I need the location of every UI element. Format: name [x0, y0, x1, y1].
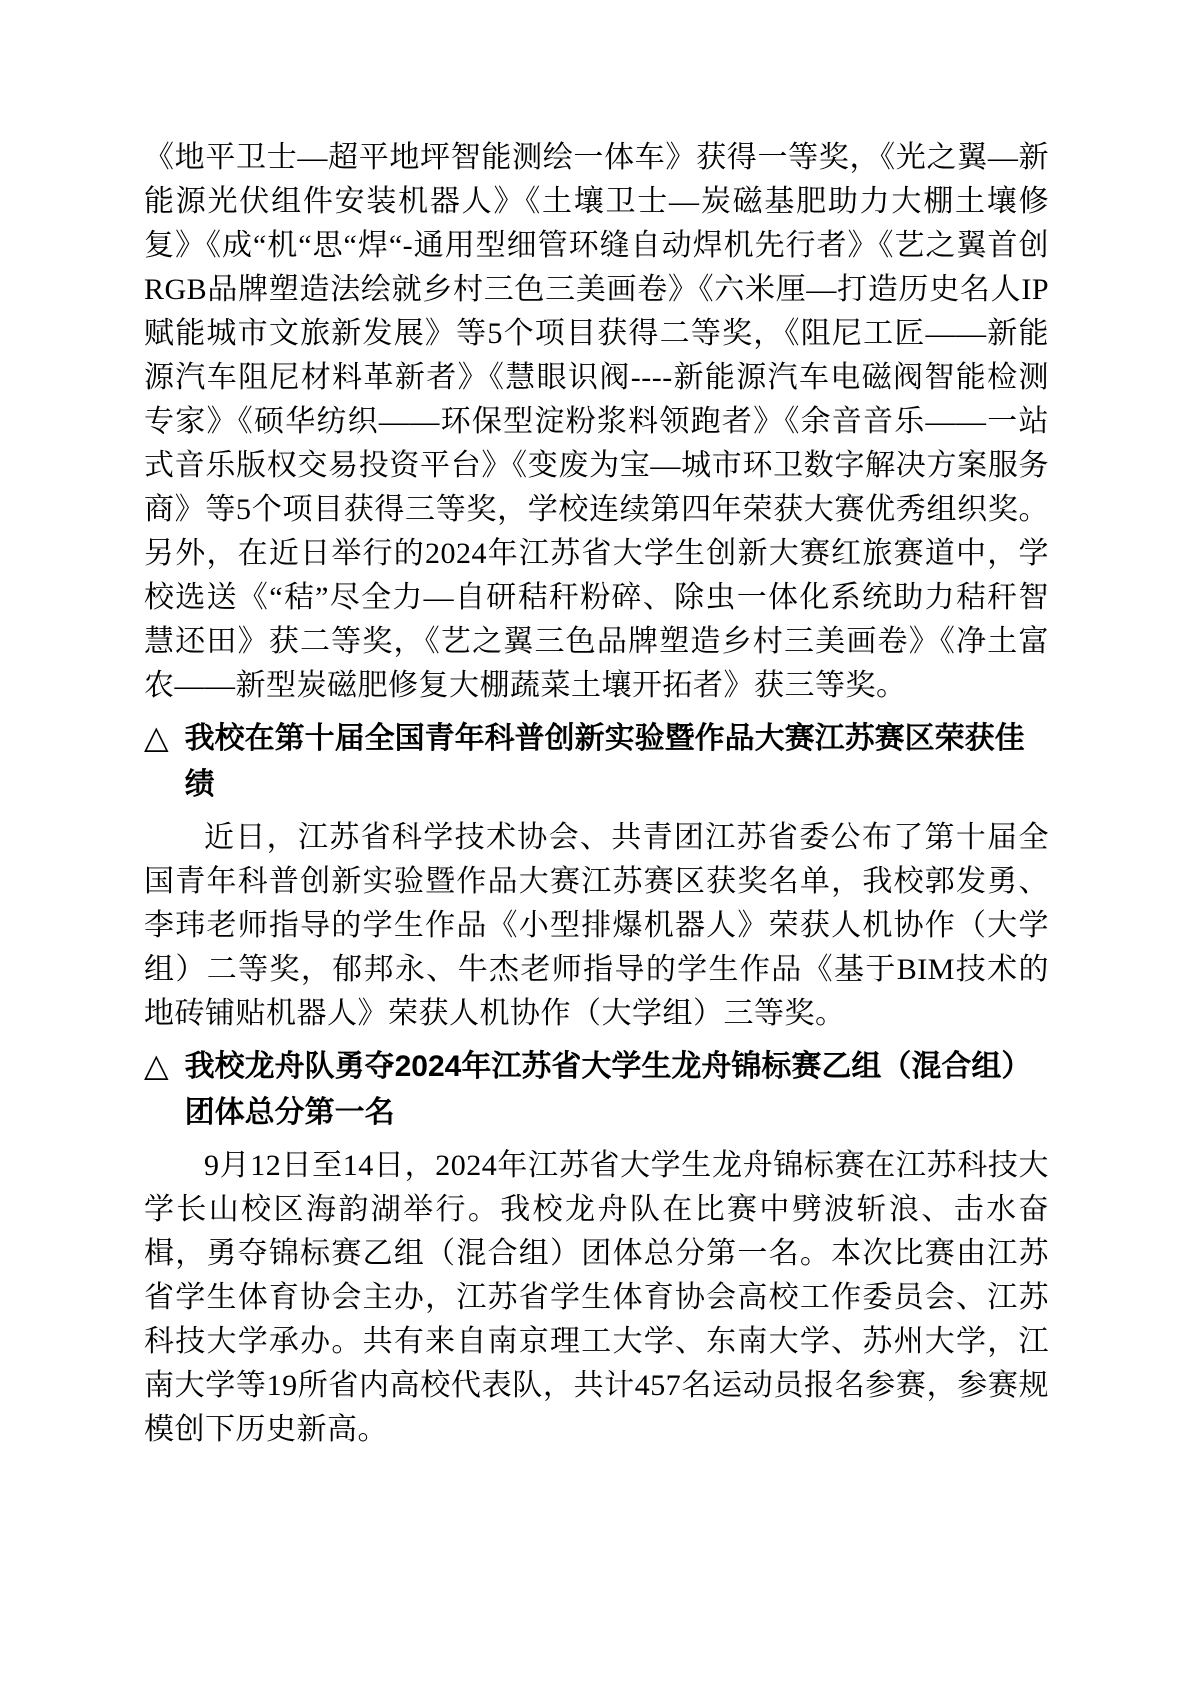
heading-science-popularization-text: 我校在第十届全国青年科普创新实验暨作品大赛江苏赛区荣获佳绩 [185, 716, 1049, 808]
triangle-bullet-icon: △ [144, 714, 169, 760]
paragraph-science-popularization-awards: 近日，江苏省科学技术协会、共青团江苏省委公布了第十届全国青年科普创新实验暨作品大… [144, 816, 1049, 1036]
heading-science-popularization-contest: △ 我校在第十届全国青年科普创新实验暨作品大赛江苏赛区荣获佳绩 [144, 714, 1049, 808]
triangle-bullet-icon: △ [144, 1042, 169, 1088]
heading-dragon-boat-championship: △ 我校龙舟队勇夺2024年江苏省大学生龙舟锦标赛乙组（混合组）团体总分第一名 [144, 1042, 1049, 1136]
document-page: 《地平卫士—超平地坪智能测绘一体车》获得一等奖，《光之翼—新能源光伏组件安装机器… [0, 0, 1191, 1684]
paragraph-competition-awards-continuation: 《地平卫士—超平地坪智能测绘一体车》获得一等奖，《光之翼—新能源光伏组件安装机器… [144, 136, 1049, 708]
heading-dragon-boat-text: 我校龙舟队勇夺2024年江苏省大学生龙舟锦标赛乙组（混合组）团体总分第一名 [185, 1044, 1049, 1136]
paragraph-dragon-boat-results: 9月12日至14日，2024年江苏省大学生龙舟锦标赛在江苏科技大学长山校区海韵湖… [144, 1144, 1049, 1452]
